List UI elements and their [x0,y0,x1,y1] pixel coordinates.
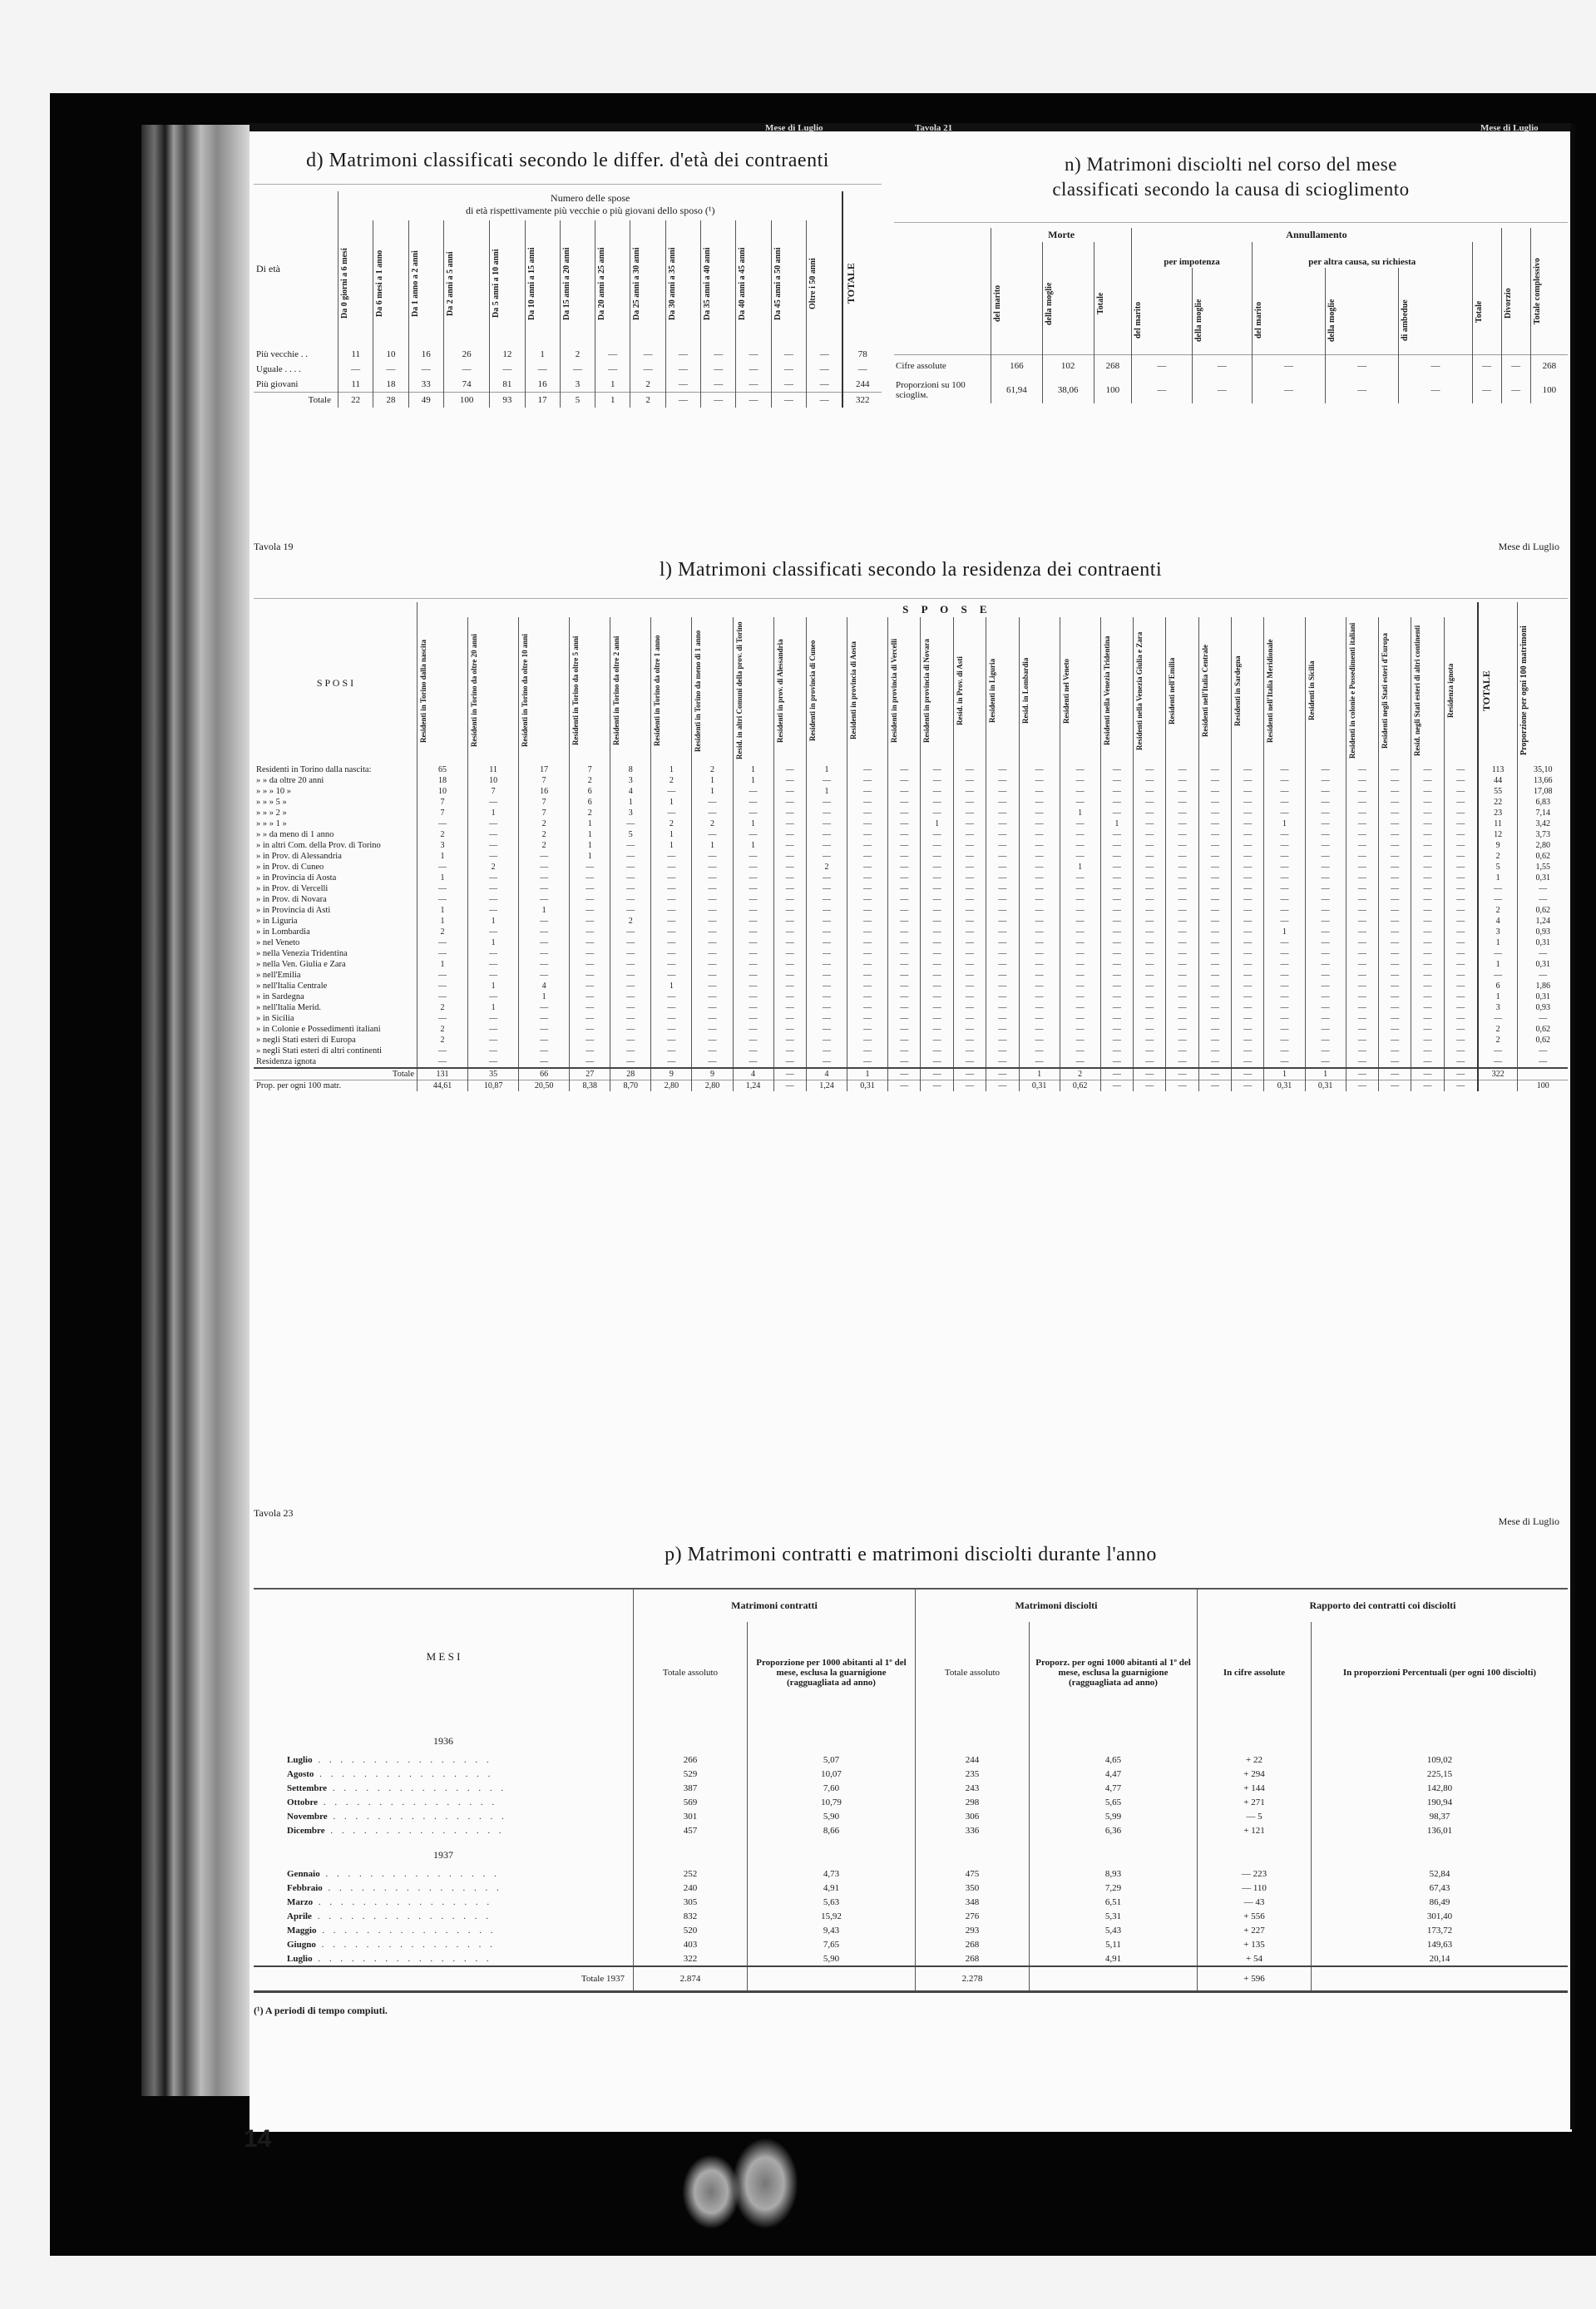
cell: 298 [916,1795,1030,1809]
cell: — [921,927,953,937]
table-row: Più giovani111833748116312—————244 [254,377,882,393]
table-row: Più vecchie . .111016261212———————78 [254,347,882,362]
cell: — [468,970,519,981]
sub-impotenza: per impotenza [1132,242,1253,268]
leader-dots: . . . . . . . . . . . . . . . . [313,1954,492,1964]
cell: 2 [630,377,665,393]
cell: — [953,1035,986,1046]
cell: — [953,840,986,851]
table-row: » in Prov. di Novara————————————————————… [254,894,1568,905]
cell: 1 [418,851,468,862]
table-d-col-header: Da 5 anni a 10 anni [490,220,525,347]
table-l-col-header: Residenti nel Veneto [1060,617,1100,764]
cell: — [921,894,953,905]
cell: — [921,1046,953,1056]
cell: — [1100,981,1133,991]
cell: — [468,797,519,808]
cell: — [1444,1046,1478,1056]
cell: 0,62 [1518,1024,1568,1035]
row-label: » in Provincia di Asti [254,905,418,916]
cell: — [953,883,986,894]
cell: — [806,883,847,894]
cell: — [1166,829,1198,840]
cell: — [692,829,733,840]
cell: — [1198,862,1231,873]
cell: — [1444,1080,1478,1092]
cell: — [888,991,921,1002]
table-row: » » da oltre 20 anni1810723211——————————… [254,775,1568,786]
cell: — [1019,786,1060,797]
cell: — [651,894,692,905]
cell: — [921,970,953,981]
cell: — [1379,1068,1411,1080]
cell: — [1134,1002,1166,1013]
row-label: » » » 10 » [254,786,418,797]
cell: — [888,818,921,829]
cell: — [1305,905,1346,916]
cell: — [1346,797,1378,808]
cell: + 596 [1198,1966,1312,1990]
cell: 113 [1478,764,1518,775]
cell: — [847,1013,888,1024]
cell: — [692,1046,733,1056]
cell: 6 [570,786,610,797]
cell: — [519,937,570,948]
cell: + 22 [1198,1753,1312,1767]
table-row: Proporzioni su 100 sciogliм.61,9438,0610… [894,377,1568,403]
cell: — [1411,829,1444,840]
cell: — [888,1046,921,1056]
cell: — [1346,862,1378,873]
cell: — [986,1056,1019,1068]
cell: — [921,797,953,808]
cell: — [773,829,806,840]
cell: 1 [595,393,630,408]
cell: — [1198,883,1231,894]
cell: 1,24 [806,1080,847,1092]
cell: — [953,959,986,970]
table-d-col-totale: TOTALE [842,191,882,347]
cell: — [570,1002,610,1013]
col-alt-marito: del marito [1252,268,1325,355]
cell: — [1264,829,1305,840]
table-row: » nella Venezia Tridentina——————————————… [254,948,1568,959]
cell: — [1346,1046,1378,1056]
cell: — [1444,937,1478,948]
cell: 5,11 [1030,1937,1198,1951]
cell: — [1166,873,1198,883]
cell: — [1166,894,1198,905]
cell: — [560,362,595,377]
cell: 1 [418,873,468,883]
cell: — [806,894,847,905]
cell: — [610,851,651,862]
cell: — [418,981,468,991]
cell: 403 [634,1937,748,1951]
row-label: » in Prov. di Vercelli [254,883,418,894]
cell: 3 [560,377,595,393]
month-label: Marzo [287,1897,313,1907]
cell: — [771,347,806,362]
cell: — [953,1024,986,1035]
cell: 1 [651,764,692,775]
cell: — [519,1024,570,1035]
cell: — [1166,883,1198,894]
cell: — [651,851,692,862]
cell: 2 [1478,905,1518,916]
cell: — [570,883,610,894]
cell: — [888,840,921,851]
cell: — [1060,797,1100,808]
cell: 7 [418,808,468,818]
cell: 5,07 [748,1753,916,1767]
cell: — [1305,862,1346,873]
cell: — [1411,808,1444,818]
cell: — [1346,970,1378,981]
cell: 1 [570,818,610,829]
cell: 65 [418,764,468,775]
cell: — [736,362,771,377]
leader-dots: . . . . . . . . . . . . . . . . [325,1826,505,1836]
cell: — [1232,786,1264,797]
table-row: Uguale . . . .——————————————— [254,362,882,377]
cell: 2 [1060,1068,1100,1080]
cell: — [1100,959,1133,970]
cell: — [1232,873,1264,883]
cell: — [1444,905,1478,916]
cell: — [953,797,986,808]
cell: — [1019,873,1060,883]
cell: — [1232,840,1264,851]
cell: — [888,970,921,981]
row-label: Uguale . . . . [254,362,338,377]
table-p-section: Tavola 23 Mese di Luglio p) Matrimoni co… [254,1507,1568,2017]
cell: — [1232,894,1264,905]
cell: — [610,959,651,970]
col-morte-marito: del marito [991,242,1043,355]
cell: — [888,1024,921,1035]
cell: — [1346,1013,1378,1024]
cell: 7,65 [748,1937,916,1951]
cell: — [1198,829,1231,840]
cell: — [651,905,692,916]
cell: 49 [408,393,443,408]
table-d: Di età Numero delle spose di età rispett… [254,191,882,408]
cell: 0,62 [1518,851,1568,862]
cell: — [1134,797,1166,808]
cell: 322 [1478,1068,1518,1080]
table-l-col-header: Residenti nella Venezia Giulia e Zara [1134,617,1166,764]
table-l-row-header: S P O S I [254,602,418,764]
table-l-col-totale: TOTALE [1478,602,1518,764]
cell: 1 [1478,991,1518,1002]
cell: — [1019,948,1060,959]
cell: 4,65 [1030,1753,1198,1767]
cell: 44,61 [418,1080,468,1092]
footnote: (¹) A periodi di tempo compiuti. [254,2005,1568,2017]
cell: — [1411,862,1444,873]
table-l-tavola: Tavola 19 [254,541,293,553]
month-cell: Febbraio . . . . . . . . . . . . . . . . [254,1881,634,1895]
cell: — [1305,1056,1346,1068]
cell: — [1198,991,1231,1002]
cell: 0,62 [1518,905,1568,916]
row-label: » » » 1 » [254,818,418,829]
cell: 276 [916,1909,1030,1923]
cell: 17,08 [1518,786,1568,797]
cell: — [806,1024,847,1035]
cell: — [806,1013,847,1024]
total-row: Totale 19372.8742.278+ 596 [254,1966,1568,1990]
cell: — [986,764,1019,775]
cell: — [468,851,519,862]
cell: — [888,1035,921,1046]
table-row: » in Provincia di Asti1—1———————————————… [254,905,1568,916]
cell: — [468,873,519,883]
cell: — [773,927,806,937]
cell: — [610,937,651,948]
cell: 10 [373,347,408,362]
cell: — 5 [1198,1809,1312,1823]
table-n-title-2: classificati secondo la causa di sciogli… [894,179,1568,200]
month-label: Settembre [287,1783,327,1793]
cell: — [888,1068,921,1080]
row-label: » in Liguria [254,916,418,927]
cell: — [692,1024,733,1035]
cell: — 223 [1198,1866,1312,1881]
cell: — [570,905,610,916]
cell: — [1060,775,1100,786]
cell: 529 [634,1767,748,1781]
cell: 28 [610,1068,651,1080]
table-row: Giugno . . . . . . . . . . . . . . . .40… [254,1937,1568,1951]
cell: — [651,1013,692,1024]
row-label: » nell'Emilia [254,970,418,981]
cell: — [418,937,468,948]
cell: — [1198,1035,1231,1046]
cell: — [1264,808,1305,818]
cell: 1 [806,786,847,797]
cell: — [986,883,1019,894]
cell: 109,02 [1312,1753,1569,1767]
cell: — [1100,1013,1133,1024]
cell: 12 [490,347,525,362]
cell: — [1346,829,1378,840]
cell: — [1019,1013,1060,1024]
col-alt-moglie: della moglie [1326,268,1399,355]
cell: — [1100,1046,1133,1056]
cell: — [692,959,733,970]
cell: — [610,1024,651,1035]
cell: 22 [1478,797,1518,808]
table-l-col-header: Residenti in provincia di Novara [921,617,953,764]
cell: — [1232,1068,1264,1080]
cell: — [418,862,468,873]
table-d-col-header: Da 6 mesi a 1 anno [373,220,408,347]
cell: 2 [418,927,468,937]
row-label: » negli Stati esteri di altri continenti [254,1046,418,1056]
cell: — [1019,894,1060,905]
table-row: » nell'Emilia———————————————————————————… [254,970,1568,981]
col-annull-totale: Totale [1472,242,1501,355]
cell: — [701,347,736,362]
cell: 4 [610,786,651,797]
cell: — [1411,916,1444,927]
cell: — [1134,808,1166,818]
cell: — [773,818,806,829]
cell: 6 [570,797,610,808]
cell: — [1478,948,1518,959]
cell: — [888,775,921,786]
cell: 1 [468,937,519,948]
table-l-col-header: Residenti in Torino da meno di 1 anno [692,617,733,764]
cell: — [733,937,773,948]
row-label: » nella Ven. Giulia e Zara [254,959,418,970]
cell: 2 [1478,1024,1518,1035]
cell: — [986,829,1019,840]
row-label: Totale [254,393,338,408]
cell: — [1019,818,1060,829]
cell: — [1134,1013,1166,1024]
cell: — [1232,1002,1264,1013]
cell: — [1264,894,1305,905]
cell: 0,31 [1518,991,1568,1002]
cell: — [847,829,888,840]
table-row: Dicembre . . . . . . . . . . . . . . . .… [254,1823,1568,1837]
cell: — [519,1046,570,1056]
cell: — [1060,1056,1100,1068]
row-label: » » da oltre 20 anni [254,775,418,786]
cell: 322 [842,393,882,408]
cell: — [1305,1013,1346,1024]
cell: — [1264,948,1305,959]
cell: — [921,873,953,883]
cell: — [570,959,610,970]
cell: — [1019,851,1060,862]
cell: — [1134,894,1166,905]
cell [748,1966,916,1990]
cell: — [1518,1013,1568,1024]
row-label: » nella Venezia Tridentina [254,948,418,959]
cell: 1 [651,797,692,808]
cell: — [953,927,986,937]
cell: 5 [610,829,651,840]
cell: 1 [806,764,847,775]
cell: — [1518,894,1568,905]
cell: — [733,991,773,1002]
cell: — [953,905,986,916]
cell: — [1346,937,1378,948]
cell: — [1444,808,1478,818]
cell: — [1019,797,1060,808]
cell: — [1132,377,1192,403]
row-label: » in Sicilia [254,1013,418,1024]
cell: — [771,377,806,393]
cell: — [986,1002,1019,1013]
table-l-col-header: Residenti in provincia di Vercelli [888,617,921,764]
cell: 8 [610,764,651,775]
cell: — [610,948,651,959]
cell: 7 [418,797,468,808]
cell: 266 [634,1753,748,1767]
ink-smudge [732,2138,798,2229]
cell: — [1166,1046,1198,1056]
leader-dots: . . . . . . . . . . . . . . . . [327,1783,506,1793]
cell: — [1264,905,1305,916]
cell: — [1444,970,1478,981]
cell: — [651,1056,692,1068]
cell: — [986,1035,1019,1046]
cell: — [1472,377,1501,403]
cell: — [1305,916,1346,927]
cell: — [1411,775,1444,786]
table-row: » in Prov. di Vercelli——————————————————… [254,883,1568,894]
cell: — [921,1080,953,1092]
cell: 1 [692,775,733,786]
cell: — [986,894,1019,905]
page-edge [1570,125,1575,2129]
cell: 5,90 [748,1809,916,1823]
cell: — [1134,873,1166,883]
table-row: » in Prov. di Alessandria1——1———————————… [254,851,1568,862]
cell: — [888,808,921,818]
cell: 268 [916,1937,1030,1951]
cell: — [1346,948,1378,959]
table-d-col-header: Da 45 anni a 50 anni [771,220,806,347]
cell: — [1166,1068,1198,1080]
table-row: Totale13135662728994—41————12—————11————… [254,1068,1568,1080]
cell: — [1411,1080,1444,1092]
cell: — [1019,1046,1060,1056]
cell: — [519,948,570,959]
cell: — [1134,970,1166,981]
cell: — [408,362,443,377]
cell: 8,66 [748,1823,916,1837]
cell: 4,77 [1030,1781,1198,1795]
cell: — [468,1046,519,1056]
cell: — [1305,1024,1346,1035]
cell: — [773,1024,806,1035]
cell: — [953,916,986,927]
cell: 6,51 [1030,1895,1198,1909]
cell: — [1346,959,1378,970]
cell: 244 [842,377,882,393]
cell: 9,43 [748,1923,916,1937]
cell: 1,24 [733,1080,773,1092]
cell: 11 [338,377,373,393]
table-d-col-header: Da 40 anni a 45 anni [736,220,771,347]
cell: — [1100,1056,1133,1068]
cell: 7 [468,786,519,797]
ink-smudge [682,2154,740,2229]
month-label: Maggio [287,1926,316,1936]
cell: — [1019,970,1060,981]
cell: — [1166,905,1198,916]
row-label: » nel Veneto [254,937,418,948]
cell: — [847,1046,888,1056]
row-label: Proporzioni su 100 sciogliм. [894,377,991,403]
cell: 86,49 [1312,1895,1569,1909]
cell: 5,65 [1030,1795,1198,1809]
cell: — [570,948,610,959]
cell: — [570,1013,610,1024]
table-row: » nella Ven. Giulia e Zara1—————————————… [254,959,1568,970]
cell: + 556 [1198,1909,1312,1923]
cell: 1 [733,840,773,851]
cell: — [1411,764,1444,775]
cell: 1 [921,818,953,829]
row-label: Più giovani [254,377,338,393]
